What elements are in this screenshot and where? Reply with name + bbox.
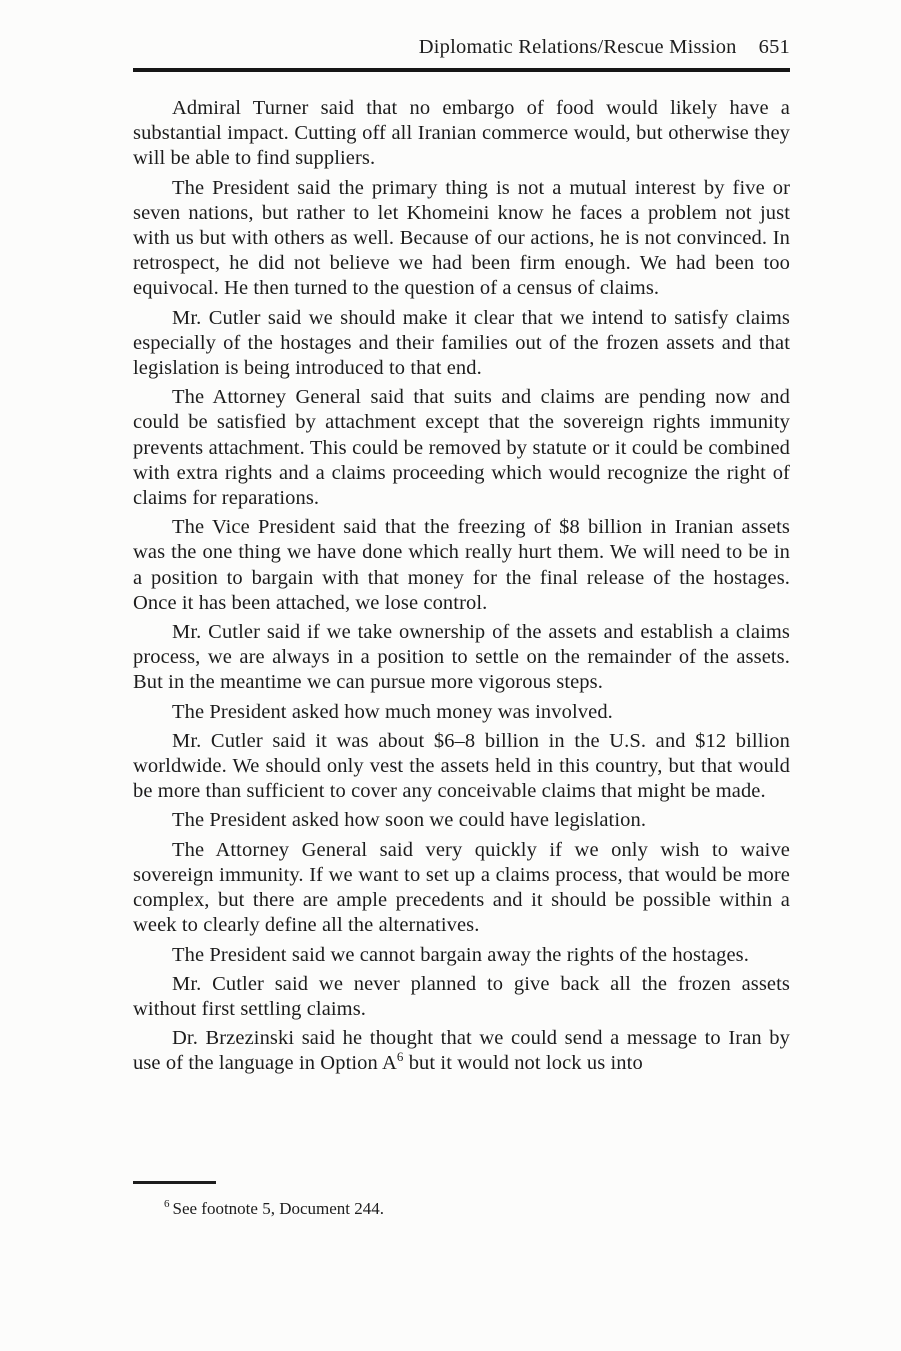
paragraph: Mr. Cutler said we never planned to give… [133, 972, 790, 1022]
footnote-separator-rule [133, 1181, 216, 1184]
paragraph: The President said we cannot bargain awa… [133, 943, 790, 968]
running-head-title: Diplomatic Relations/Rescue Mission [419, 36, 737, 59]
paragraph: Mr. Cutler said it was about $6–8 billio… [133, 729, 790, 805]
body-text: Admiral Turner said that no embargo of f… [133, 96, 790, 1081]
paragraph: The Attorney General said that suits and… [133, 385, 790, 511]
paragraph: Dr. Brzezinski said he thought that we c… [133, 1026, 790, 1076]
paragraph: The Attorney General said very quickly i… [133, 838, 790, 939]
paragraph: The President asked how much money was i… [133, 700, 790, 725]
footnote-marker: 6 [164, 1198, 170, 1210]
page-number: 651 [759, 36, 790, 59]
paragraph-text: but it would not lock us into [403, 1052, 642, 1074]
paragraph: Mr. Cutler said if we take ownership of … [133, 620, 790, 696]
paragraph: Admiral Turner said that no embargo of f… [133, 96, 790, 172]
footnote: 6See footnote 5, Document 244. [133, 1198, 790, 1219]
paragraph: Mr. Cutler said we should make it clear … [133, 306, 790, 382]
paragraph: The Vice President said that the freezin… [133, 515, 790, 616]
paragraph: The President said the primary thing is … [133, 176, 790, 302]
paragraph: The President asked how soon we could ha… [133, 808, 790, 833]
footnote-text: See footnote 5, Document 244. [173, 1199, 385, 1218]
book-page: Diplomatic Relations/Rescue Mission 651 … [0, 0, 901, 1351]
header-rule [133, 68, 790, 72]
running-head: Diplomatic Relations/Rescue Mission 651 [133, 36, 790, 59]
